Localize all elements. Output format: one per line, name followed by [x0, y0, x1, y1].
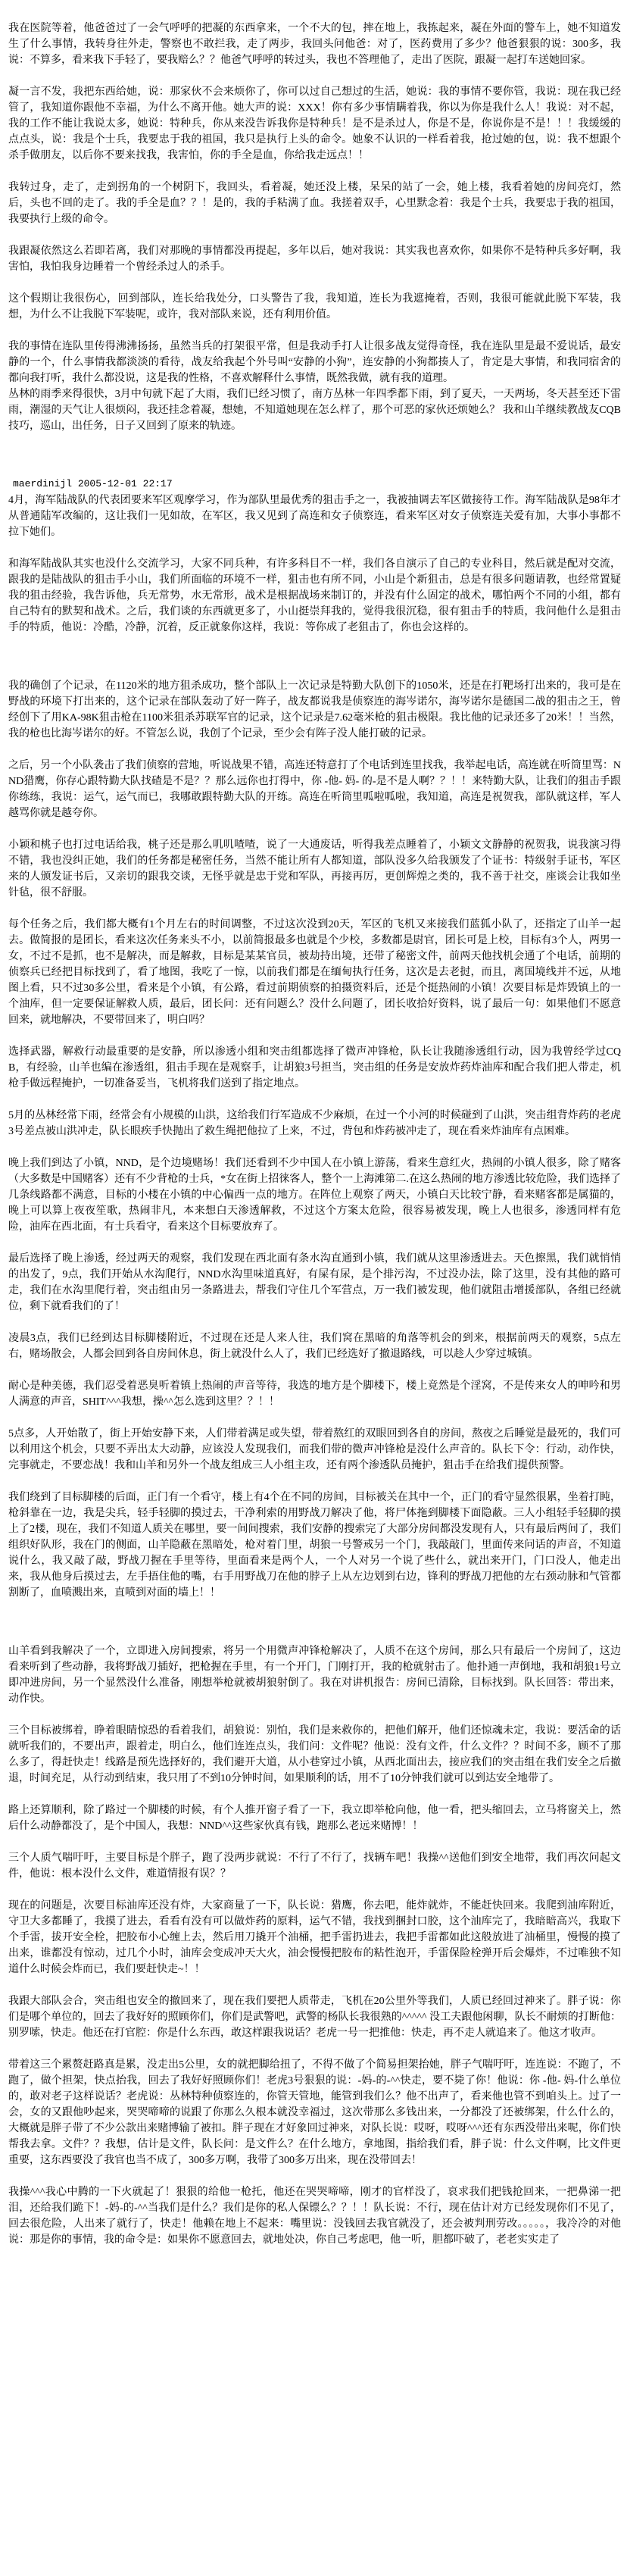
post-timestamp: 2005-12-01 22:17	[78, 478, 173, 489]
story-paragraph: 4月，海军陆战队的代表团要来军区观摩学习，作为部队里最优秀的狙击手之一，我被抽调…	[8, 492, 621, 540]
story-paragraph: 每个任务之后，我们都大概有1个月左右的时间调整，不过这次没到20天，军区的飞机又…	[8, 917, 621, 1028]
story-paragraph: 之后，另一个小队袭击了我们侦察的营地，听说战果不错，高连还特意打了个电话到连里找…	[8, 758, 621, 821]
story-paragraph: 三个人质气喘吁吁，主要目标是个胖子，跑了没两步就说：不行了不行了，找辆车吧！我操…	[8, 1850, 621, 1882]
story-paragraph: 我跟凝依然这么若即若离，我们对那晚的事情都没再提起，多年以后，她对我说：其实我也…	[8, 243, 621, 275]
story-part-2: 4月，海军陆战队的代表团要来军区观摩学习，作为部队里最优秀的狙击手之一，我被抽调…	[8, 492, 621, 2248]
story-paragraph: 凝一言不发，我把东西给她，说：那家伙不会来烦你了，你可以过自己想过的生活，她说：…	[8, 84, 621, 164]
story-paragraph: 我转过身，走了，走到拐角的一个树阴下，我回头，看着凝，她还没上楼，呆呆的站了一会…	[8, 180, 621, 227]
story-paragraph: 我操^^^我心中腾的一下火就起了！狠狠的给他一枪托，他还在哭哭啼啼，刚才的官样没…	[8, 2184, 621, 2248]
story-paragraph: 我们绕到了目标脚楼的后面，正门有一个看守，楼上有4个在不同的房间，目标被关在其中…	[8, 1490, 621, 1601]
story-paragraph: 我的确创了个记录，在1120米的地方狙杀成功，整个部队上一次记录是特勤大队创下的…	[8, 678, 621, 742]
story-part-1: 我在医院等着，他爸爸过了一会气呼呼的把凝的东西拿来，一个不大的包，摔在地上，我拣…	[8, 20, 621, 434]
story-paragraph: 最后选择了晚上渗透，经过两天的观察，我们发现在西北面有条水沟直通到小镇，我们就从…	[8, 1251, 621, 1315]
story-paragraph: 路上还算顺利，除了路过一个脚楼的时候，有个人推开窗子看了一下，我立即举枪向他，他…	[8, 1802, 621, 1834]
story-paragraph: 这个假期让我很伤心，回到部队，连长给我处分，口头警告了我，我知道，连长为我遮掩着…	[8, 291, 621, 323]
story-paragraph: 三个目标被绑着，睁着眼睛惊恐的看着我们，胡狼说：别怕，我们是来救你的，把他们解开…	[8, 1723, 621, 1787]
story-paragraph: 选择武器，解救行动最重要的是安静，所以渗透小组和突击组都选择了微声冲锋枪，队长让…	[8, 1044, 621, 1092]
story-paragraph: 带着这三个累赘赶路真是累，没走出5公里，女的就把脚给扭了，不得不做了个简易担架抬…	[8, 2057, 621, 2168]
story-paragraph: 凌晨3点，我们已经到达目标脚楼附近，不过现在还是人来人往，我们窝在黑暗的角落等机…	[8, 1330, 621, 1362]
story-paragraph: 我在医院等着，他爸爸过了一会气呼呼的把凝的东西拿来，一个不大的包，摔在地上，我拣…	[8, 20, 621, 68]
story-paragraph: 我的事情在连队里传得沸沸扬扬，虽然当兵的打架很平常，但是我动手打人让很多战友觉得…	[8, 339, 621, 386]
story-paragraph: 现在的问题是，次要目标油库还没有炸，大家商量了一下，队长说：猎鹰，你去吧，能炸就…	[8, 1898, 621, 1977]
story-paragraph: 5点多，人开始散了，街上开始安静下来，人们带着满足或失望，带着熬红的双眼回到各自…	[8, 1426, 621, 1474]
story-paragraph: 我跟大部队会合，突击组也安全的撤回来了，现在我们要把人质带走，飞机在20公里外等…	[8, 1993, 621, 2041]
story-paragraph: 和海军陆战队其实也没什么交流学习，大家不同兵种，有许多科目不一样，我们各自演示了…	[8, 556, 621, 636]
story-paragraph: 小颖和桃子也打过电话给我，桃子还是那么叽叽喳喳，说了一大通废话，听得我差点睡着了…	[8, 837, 621, 901]
story-paragraph: 耐心是种美德，我们忍受着恶臭听着镇上热闹的声音等待，我选的地方是个脚楼下，楼上竟…	[8, 1378, 621, 1410]
story-paragraph: 丛林的雨季来得很快，3月中旬就下起了大雨，我们已经习惯了，南方丛林一年四季都下雨…	[8, 386, 621, 434]
story-paragraph: 晚上我们到达了小镇，NND，是个边境赌场！我们还看到不少中国人在小镇上游荡，看来…	[8, 1155, 621, 1235]
story-paragraph: 5月的丛林经常下雨，经常会有小规模的山洪，这给我们行军造成不少麻烦，在过一个小河…	[8, 1108, 621, 1140]
document-page: 我在医院等着，他爸爸过了一会气呼呼的把凝的东西拿来，一个不大的包，摔在地上，我拣…	[0, 0, 627, 2576]
story-paragraph: 山羊看到我解决了一个，立即进入房间搜索，将另一个用微声冲锋枪解决了，人质不在这个…	[8, 1643, 621, 1707]
post-meta-line: maerdinijl 2005-12-01 22:17	[13, 477, 621, 492]
post-author: maerdinijl	[13, 478, 72, 489]
